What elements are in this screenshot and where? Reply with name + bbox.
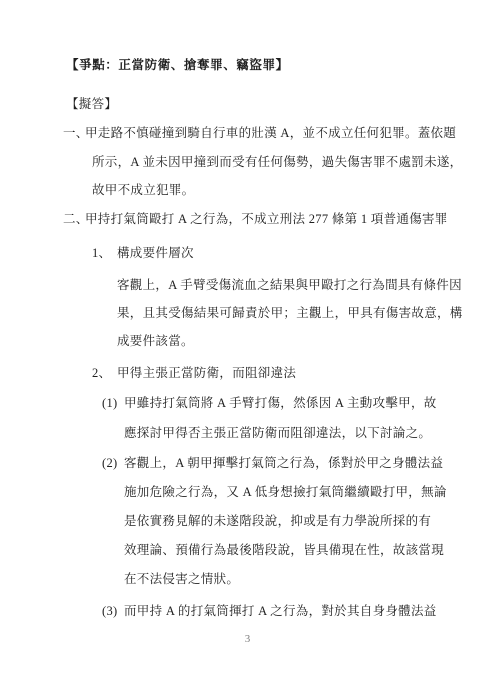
doc-line: 效理論、預備行為最後階段說，皆具備現在性，故該當現 [124, 540, 444, 560]
doc-line-section-2: 二、甲持打氣筒毆打 A 之行為，不成立刑法 277 條第 1 項普通傷害罪 [63, 209, 448, 229]
list-marker: (1) [102, 393, 124, 413]
doc-line: 是依實務見解的未遂階段說，抑或是有力學說所採的有 [124, 511, 431, 531]
line-text: 甲雖持打氣筒將 A 手臂打傷，然係因 A 主動攻擊甲，故 [124, 396, 437, 410]
doc-line: 應探討甲得否主張正當防衛而阻卻違法，以下討論之。 [124, 423, 431, 443]
line-text: 客觀上，A 手臂受傷流血之結果與甲毆打之行為間具有條件因 [117, 278, 462, 292]
line-text: 構成要件層次 [117, 246, 194, 260]
doc-line-item-1: 1、構成要件層次 [92, 243, 194, 263]
list-marker: 一、 [63, 123, 85, 143]
doc-line-point-3: (3)而甲持 A 的打氣筒揮打 A 之行為，對於其自身身體法益 [102, 601, 437, 621]
line-text: 成要件該當。 [117, 334, 194, 348]
line-text: 效理論、預備行為最後階段說，皆具備現在性，故該當現 [124, 543, 444, 557]
doc-line-section-1: 一、甲走路不慎碰撞到騎自行車的壯漢 A，並不成立任何犯罪。蓋依題 [63, 123, 456, 143]
doc-line: 施加危險之行為，又 A 低身想撿打氣筒繼續毆打甲，無論 [124, 482, 447, 502]
line-text: 是依實務見解的未遂階段說，抑或是有力學說所採的有 [124, 514, 431, 528]
list-marker: 1、 [92, 243, 117, 263]
document-page: 【爭點：正當防衛、搶奪罪、竊盜罪】 【擬答】 一、甲走路不慎碰撞到騎自行車的壯漢… [0, 0, 495, 700]
line-text: 甲得主張正當防衛，而阻卻違法 [117, 366, 296, 380]
line-text: 客觀上，A 朝甲揮擊打氣筒之行為，係對於甲之身體法益 [124, 456, 443, 470]
line-text: 而甲持 A 的打氣筒揮打 A 之行為，對於其自身身體法益 [124, 604, 437, 618]
list-marker: 二、 [63, 209, 85, 229]
line-text: 甲持打氣筒毆打 A 之行為，不成立刑法 277 條第 1 項普通傷害罪 [85, 212, 448, 226]
doc-line: 果，且其受傷結果可歸責於甲；主觀上，甲具有傷害故意，構 [117, 303, 463, 323]
doc-line: 所示，A 並未因甲撞到而受有任何傷勢，過失傷害罪不處罰未遂， [92, 152, 462, 172]
doc-line: 在不法侵害之情狀。 [124, 569, 239, 589]
line-text: 故甲不成立犯罪。 [92, 183, 194, 197]
page-number: 3 [0, 633, 495, 645]
line-text: 甲走路不慎碰撞到騎自行車的壯漢 A，並不成立任何犯罪。蓋依題 [85, 126, 456, 140]
line-text: 所示，A 並未因甲撞到而受有任何傷勢，過失傷害罪不處罰未遂， [92, 155, 462, 169]
list-marker: (2) [102, 453, 124, 473]
doc-line-point-2: (2)客觀上，A 朝甲揮擊打氣筒之行為，係對於甲之身體法益 [102, 453, 443, 473]
line-text: 果，且其受傷結果可歸責於甲；主觀上，甲具有傷害故意，構 [117, 306, 463, 320]
line-text: 施加危險之行為，又 A 低身想撿打氣筒繼續毆打甲，無論 [124, 485, 447, 499]
list-marker: 2、 [92, 363, 117, 383]
doc-line: 客觀上，A 手臂受傷流血之結果與甲毆打之行為間具有條件因 [117, 275, 462, 295]
line-text: 應探討甲得否主張正當防衛而阻卻違法，以下討論之。 [124, 426, 431, 440]
document-heading: 【爭點：正當防衛、搶奪罪、竊盜罪】 [66, 55, 289, 75]
line-text: 在不法侵害之情狀。 [124, 572, 239, 586]
list-marker: (3) [102, 601, 124, 621]
doc-line-point-1: (1)甲雖持打氣筒將 A 手臂打傷，然係因 A 主動攻擊甲，故 [102, 393, 437, 413]
doc-line: 成要件該當。 [117, 331, 194, 351]
doc-line: 故甲不成立犯罪。 [92, 180, 194, 200]
doc-line-item-2: 2、甲得主張正當防衛，而阻卻違法 [92, 363, 296, 383]
answer-label: 【擬答】 [66, 94, 117, 114]
